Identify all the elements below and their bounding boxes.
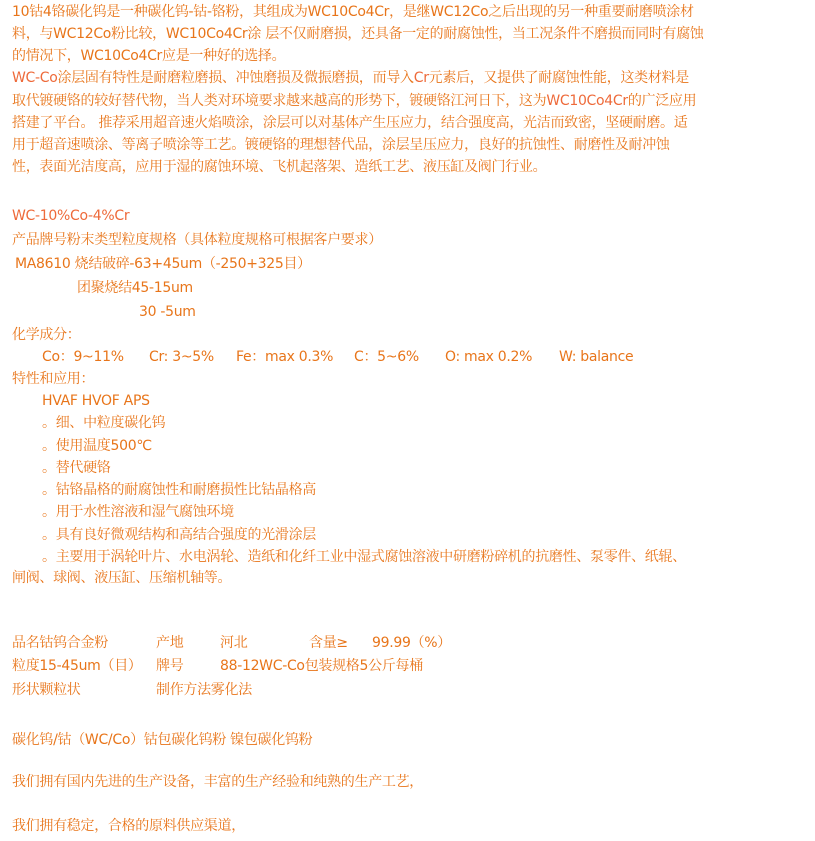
product-info-row-2: 粒度15-45um（目）牌号88-12WC-Co包装规格5公斤每桶 [12,655,423,677]
feature-bullet-7-cont: 闸阀、球阀、液压缸、压缩机轴等。 [12,567,231,589]
origin-label: 产地 [156,632,220,654]
features-label: 特性和应用： [12,368,94,390]
text-run: 的广泛应用 [628,93,697,109]
wc-co-term: WC-Co [12,70,58,86]
intro-line-3: 的情况下，WC10Co4Cr应是一种好的选择。 [12,45,285,67]
feature-bullet-6: 。具有良好微观结构和高结合强度的光滑涂层 [42,524,316,546]
origin-value: 河北 [220,632,309,654]
text-run: 取代镀硬铬的较好替代物，当人类对环境要求越来越高的形势下，镀硬铬江河日下，这为 [12,93,546,109]
chem-o: O: max 0.2% [445,346,559,368]
product-info-row-1: 品名钴钨合金粉产地河北含量≥99.99（%） [12,632,451,654]
chemistry-label: 化学成分： [12,324,81,346]
coating-line-4: 用于超音速喷涂、等离子喷涂等工艺。镀硬铬的理想替代品，涂层呈压应力，良好的抗蚀性… [12,134,670,156]
brand-pack: 88-12WC-Co包装规格5公斤每桶 [220,655,423,677]
product-name: 品名钴钨合金粉 [12,632,156,654]
grade-title: WC-10%Co-4%Cr [12,205,129,227]
content-label: 含量≥ [309,632,372,654]
closing-line-2: 我们拥有稳定，合格的原料供应渠道， [12,815,245,837]
text-run: 元素后，又提供了耐腐蚀性能，这类材料是 [429,70,689,86]
chemistry-values: Co：9~11%Cr: 3~5%Fe：max 0.3%C：5~6%O: max … [42,346,633,368]
feature-bullet-5: 。用于水性溶液和湿气腐蚀环境 [42,501,234,523]
feature-bullet-1: 。细、中粒度碳化钨 [42,412,165,434]
coating-line-5: 性，表面光洁度高，应用于湿的腐蚀环境、飞机起落架、造纸工艺、液压缸及阀门行业。 [12,156,546,178]
closing-line-1: 我们拥有国内先进的生产设备，丰富的生产经验和纯熟的生产工艺， [12,771,423,793]
brand-label: 牌号 [156,655,220,677]
chem-c: C：5~6% [354,346,445,368]
intro-line-2: 料，与WC12Co粉比较，WC10Co4Cr涂 层不仅耐磨损，还具备一定的耐腐蚀… [12,23,704,45]
particle-size: 粒度15-45um（目） [12,655,156,677]
chem-fe: Fe：max 0.3% [236,346,354,368]
product-info-row-3: 形状颗粒状制作方法雾化法 [12,679,252,701]
feature-bullet-2: 。使用温度500℃ [42,435,152,457]
text-run: 涂层固有特性是耐磨粒磨损、冲蚀磨损及微振磨损，而导入 [58,70,414,86]
method: 制作方法雾化法 [156,679,252,701]
feature-bullet-3: 。替代硬铬 [42,457,111,479]
intro-line-1: 10钴4铬碳化钨是一种碳化钨-钴-铬粉，其组成为WC10Co4Cr，是继WC12… [12,1,694,23]
feature-bullet-4: 。钴铬晶格的耐腐蚀性和耐磨损性比钴晶格高 [42,479,316,501]
wc10co4cr-term: WC10Co4Cr [546,93,628,109]
chem-w: W: balance [559,346,633,368]
chem-co: Co：9~11% [42,346,149,368]
spec-header: 产品牌号粉末类型粒度规格（具体粒度规格可根据客户要求） [12,229,382,251]
coating-line-2: 取代镀硬铬的较好替代物，当人类对环境要求越来越高的形势下，镀硬铬江河日下，这为W… [12,90,696,112]
shape: 形状颗粒状 [12,679,156,701]
cr-term: Cr [414,70,429,86]
chem-cr: Cr: 3~5% [149,346,236,368]
spec-row-2: 团聚烧结45-15um [77,277,193,299]
feature-bullet-7: 。主要用于涡轮叶片、水电涡轮、造纸和化纤工业中湿式腐蚀溶液中研磨粉碎机的抗磨性、… [42,546,686,568]
processes: HVAF HVOF APS [42,390,150,412]
coating-line-3: 搭建了平台。 推荐采用超音速火焰喷涂，涂层可以对基体产生压应力，结合强度高，光洁… [12,112,687,134]
coating-line-1: WC-Co涂层固有特性是耐磨粒磨损、冲蚀磨损及微振磨损，而导入Cr元素后，又提供… [12,67,689,89]
content-value: 99.99（%） [372,632,451,654]
spec-row-3: 30 -5um [139,301,196,323]
products-line: 碳化钨/钴（WC/Co）钴包碳化钨粉 镍包碳化钨粉 [12,729,312,751]
spec-row-1: MA8610 烧结破碎-63+45um（-250+325目） [15,253,311,275]
